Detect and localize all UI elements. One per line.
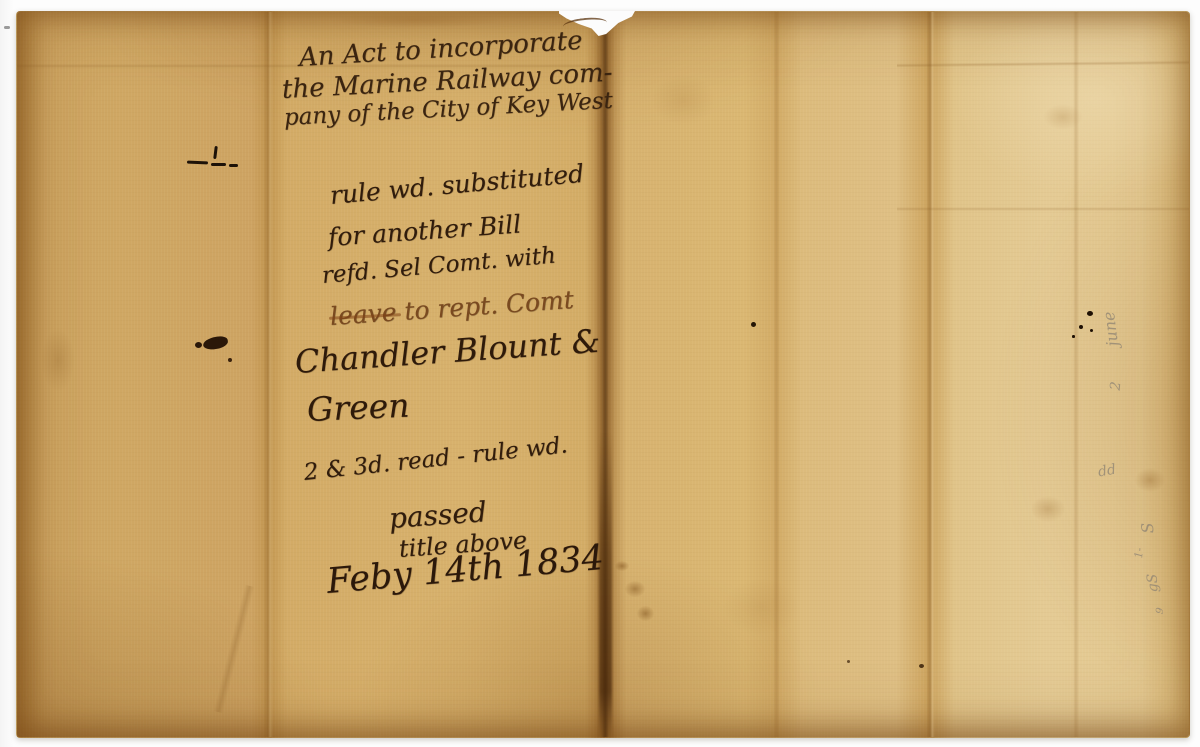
pencil-mark: 9 <box>1156 607 1167 615</box>
ink-dot <box>919 664 924 668</box>
stain <box>1043 104 1083 130</box>
stain <box>651 74 715 126</box>
stain <box>1031 496 1065 522</box>
seam-stain <box>599 433 612 738</box>
docket-action-line-4: leave to rept. Comt <box>329 287 574 329</box>
stain <box>723 578 799 636</box>
fold-crease-right <box>926 12 935 737</box>
horizontal-crease-top-right <box>897 60 1189 67</box>
ink-dash <box>211 163 226 166</box>
docket-action-line-1: rule wd. substituted <box>329 161 585 208</box>
pencil-mark: 1- <box>1133 547 1145 559</box>
docket-committee-names-2: Green <box>306 389 410 426</box>
diagonal-crease-bottom-left <box>213 585 254 714</box>
ink-blot-satellite <box>195 342 202 348</box>
pencil-mark-june: june <box>1101 311 1121 348</box>
ink-dot <box>847 660 850 663</box>
ink-blot <box>202 335 229 351</box>
docket-action-line-2: for another Bill <box>327 212 522 250</box>
stain <box>625 581 645 597</box>
pencil-mark: S <box>1140 522 1157 534</box>
pencil-mark: dd <box>1097 463 1117 480</box>
ink-dot <box>1090 329 1093 332</box>
horizontal-crease-right <box>897 207 1189 211</box>
ink-dash <box>187 161 208 165</box>
stain <box>637 606 654 621</box>
ink-dot <box>1087 311 1093 316</box>
ink-dot <box>1079 325 1083 329</box>
pencil-mark: gS <box>1146 573 1161 592</box>
stain <box>41 328 75 392</box>
scan-background: An Act to incorporate the Marine Railway… <box>0 0 1200 747</box>
stain <box>1135 468 1165 492</box>
pencil-mark: 2 <box>1109 381 1124 391</box>
ink-dot <box>751 322 756 327</box>
scan-edge-mark <box>4 26 10 29</box>
docket-action-line-3: refd. Sel Comt. with <box>321 245 557 288</box>
docket-date-line: Feby 14th 1834 <box>325 541 605 600</box>
fold-crease-left <box>263 12 273 737</box>
docket-passage-line-2: passed <box>388 498 488 533</box>
stain <box>615 561 629 571</box>
docket-committee-names: Chandler Blount & <box>294 325 601 378</box>
ink-dot <box>228 358 232 362</box>
ink-tick-mark <box>213 146 217 159</box>
ink-dot <box>1072 335 1075 338</box>
manuscript-paper: An Act to incorporate the Marine Railway… <box>16 11 1190 738</box>
ink-dash <box>229 164 238 167</box>
docket-passage-line-1: 2 & 3d. read - rule wd. <box>303 434 569 485</box>
stain <box>331 12 501 28</box>
